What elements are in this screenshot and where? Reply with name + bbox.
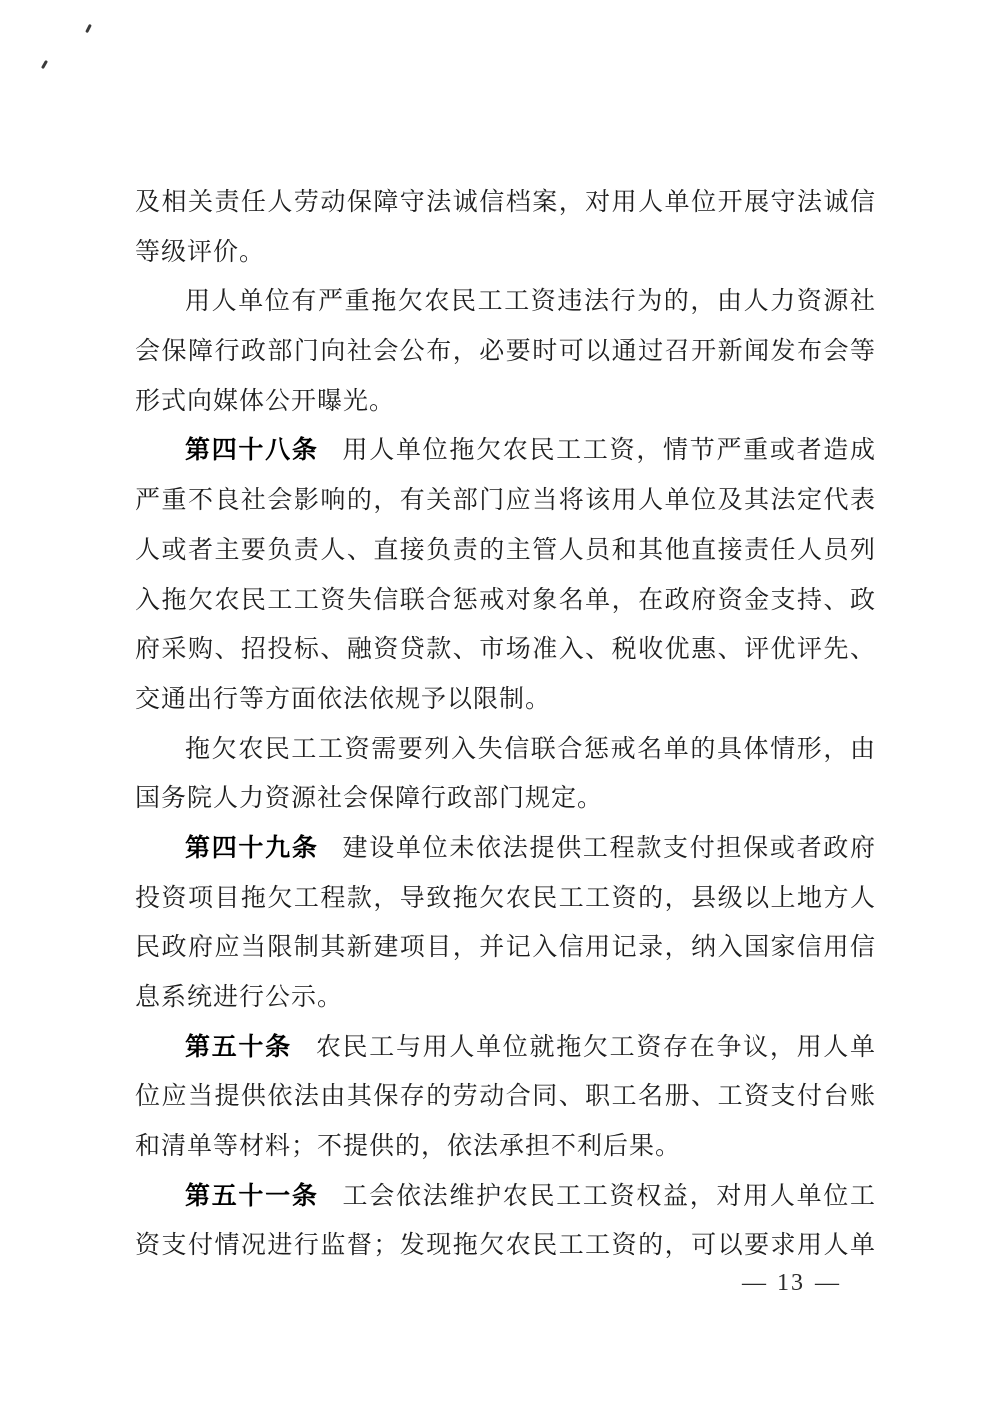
article-50-heading-line: 第五十条农民工与用人单位就拖欠工资存在争议，用人单 bbox=[135, 1023, 875, 1073]
line-text: 投资项目拖欠工程款，导致拖欠农民工工资的，县级以上地方人 bbox=[135, 885, 875, 912]
paragraph-line: 府采购、招投标、融资贷款、市场准入、税收优惠、评优评先、 bbox=[135, 625, 875, 675]
paragraph-line: 严重不良社会影响的，有关部门应当将该用人单位及其法定代表 bbox=[135, 476, 875, 526]
article-number: 第五十一条 bbox=[185, 1182, 319, 1210]
page-footer: —13— bbox=[732, 1270, 850, 1297]
line-text: 形式向媒体公开曝光。 bbox=[135, 388, 395, 415]
paragraph-line: 入拖欠农民工工资失信联合惩戒对象名单，在政府资金支持、政 bbox=[135, 576, 875, 626]
line-text: 人或者主要负责人、直接负责的主管人员和其他直接责任人员列 bbox=[135, 537, 875, 564]
scan-speck bbox=[41, 60, 48, 69]
paragraph-line: 人或者主要负责人、直接负责的主管人员和其他直接责任人员列 bbox=[135, 526, 875, 576]
article-49-heading-line: 第四十九条建设单位未依法提供工程款支付担保或者政府 bbox=[135, 824, 875, 874]
document-page: 及相关责任人劳动保障守法诚信档案，对用人单位开展守法诚信 等级评价。 用人单位有… bbox=[0, 0, 1000, 1413]
line-text: 和清单等材料；不提供的，依法承担不利后果。 bbox=[135, 1133, 681, 1160]
footer-right-dash: — bbox=[815, 1270, 840, 1296]
document-body: 及相关责任人劳动保障守法诚信档案，对用人单位开展守法诚信 等级评价。 用人单位有… bbox=[135, 178, 875, 1271]
paragraph-line: 交通出行等方面依法依规予以限制。 bbox=[135, 675, 875, 725]
line-text: 入拖欠农民工工资失信联合惩戒对象名单，在政府资金支持、政 bbox=[135, 587, 875, 614]
line-text: 资支付情况进行监督；发现拖欠农民工工资的，可以要求用人单 bbox=[135, 1232, 875, 1259]
line-text: 用人单位拖欠农民工工资，情节严重或者造成 bbox=[343, 437, 875, 464]
page-number: 13 bbox=[777, 1270, 805, 1296]
paragraph-line: 国务院人力资源社会保障行政部门规定。 bbox=[135, 774, 875, 824]
paragraph-line: 和清单等材料；不提供的，依法承担不利后果。 bbox=[135, 1122, 875, 1172]
scan-speck bbox=[85, 24, 92, 33]
line-text: 府采购、招投标、融资贷款、市场准入、税收优惠、评优评先、 bbox=[135, 636, 875, 663]
paragraph-line: 及相关责任人劳动保障守法诚信档案，对用人单位开展守法诚信 bbox=[135, 178, 875, 228]
paragraph-line: 等级评价。 bbox=[135, 228, 875, 278]
line-text: 及相关责任人劳动保障守法诚信档案，对用人单位开展守法诚信 bbox=[135, 189, 875, 216]
footer-left-dash: — bbox=[742, 1270, 767, 1296]
line-text: 建设单位未依法提供工程款支付担保或者政府 bbox=[343, 835, 875, 862]
paragraph-line: 民政府应当限制其新建项目，并记入信用记录，纳入国家信用信 bbox=[135, 923, 875, 973]
line-text: 农民工与用人单位就拖欠工资存在争议，用人单 bbox=[316, 1034, 875, 1061]
article-48-heading-line: 第四十八条用人单位拖欠农民工工资，情节严重或者造成 bbox=[135, 426, 875, 476]
line-text: 位应当提供依法由其保存的劳动合同、职工名册、工资支付台账 bbox=[135, 1083, 875, 1110]
line-text: 拖欠农民工工资需要列入失信联合惩戒名单的具体情形，由 bbox=[185, 736, 875, 763]
line-text: 等级评价。 bbox=[135, 239, 265, 266]
paragraph-line: 用人单位有严重拖欠农民工工资违法行为的，由人力资源社 bbox=[135, 277, 875, 327]
paragraph-line: 形式向媒体公开曝光。 bbox=[135, 377, 875, 427]
line-text: 交通出行等方面依法依规予以限制。 bbox=[135, 686, 551, 713]
paragraph-line: 会保障行政部门向社会公布，必要时可以通过召开新闻发布会等 bbox=[135, 327, 875, 377]
article-number: 第五十条 bbox=[185, 1033, 292, 1061]
paragraph-line: 资支付情况进行监督；发现拖欠农民工工资的，可以要求用人单 bbox=[135, 1221, 875, 1271]
article-51-heading-line: 第五十一条工会依法维护农民工工资权益，对用人单位工 bbox=[135, 1172, 875, 1222]
line-text: 会保障行政部门向社会公布，必要时可以通过召开新闻发布会等 bbox=[135, 338, 875, 365]
line-text: 国务院人力资源社会保障行政部门规定。 bbox=[135, 785, 603, 812]
paragraph-line: 投资项目拖欠工程款，导致拖欠农民工工资的，县级以上地方人 bbox=[135, 874, 875, 924]
line-text: 用人单位有严重拖欠农民工工资违法行为的，由人力资源社 bbox=[185, 288, 875, 315]
paragraph-line: 位应当提供依法由其保存的劳动合同、职工名册、工资支付台账 bbox=[135, 1072, 875, 1122]
line-text: 民政府应当限制其新建项目，并记入信用记录，纳入国家信用信 bbox=[135, 934, 875, 961]
paragraph-line: 息系统进行公示。 bbox=[135, 973, 875, 1023]
article-number: 第四十九条 bbox=[185, 834, 319, 862]
line-text: 息系统进行公示。 bbox=[135, 984, 343, 1011]
article-number: 第四十八条 bbox=[185, 436, 319, 464]
line-text: 严重不良社会影响的，有关部门应当将该用人单位及其法定代表 bbox=[135, 487, 875, 514]
line-text: 工会依法维护农民工工资权益，对用人单位工 bbox=[343, 1183, 875, 1210]
paragraph-line: 拖欠农民工工资需要列入失信联合惩戒名单的具体情形，由 bbox=[135, 725, 875, 775]
